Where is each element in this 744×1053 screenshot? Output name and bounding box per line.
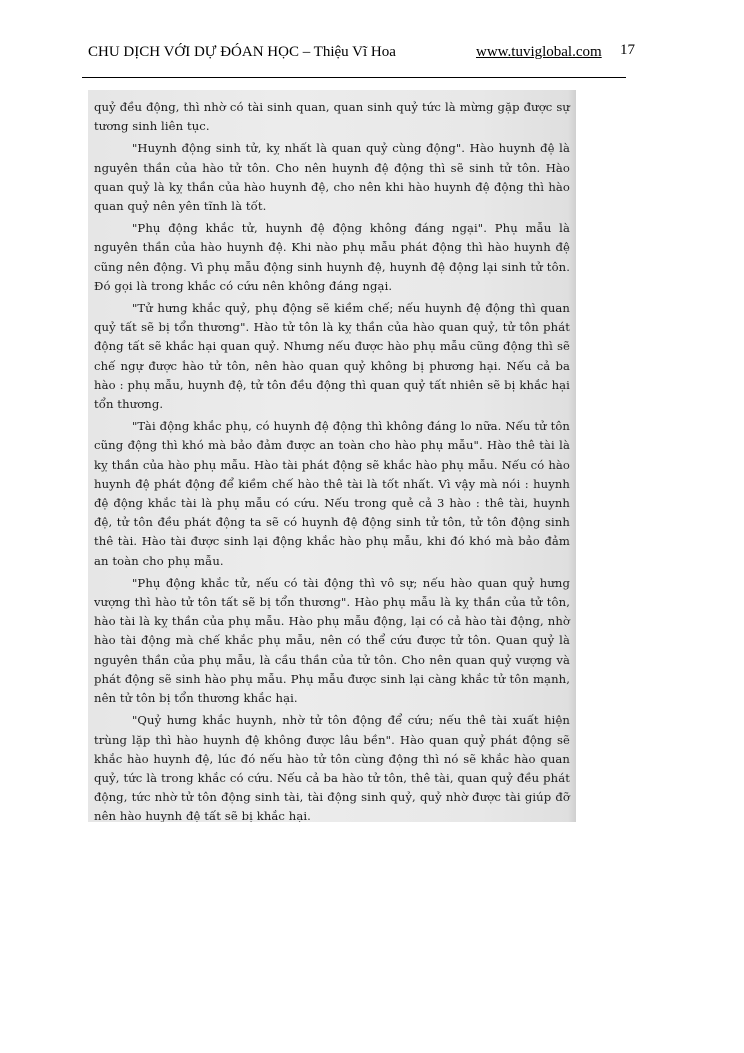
paragraph: "Tài động khắc phụ, có huynh đệ động thì… [94, 417, 570, 571]
paragraph: "Phụ động khắc tử, nếu có tài động thì v… [94, 574, 570, 708]
scanned-text-body: quỷ đều động, thì nhờ có tài sinh quan, … [94, 98, 570, 822]
header-divider [82, 77, 626, 78]
document-title: CHU DỊCH VỚI DỰ ĐÓAN HỌC – Thiệu Vĩ Hoa [88, 44, 396, 61]
website-link[interactable]: www.tuviglobal.com [476, 44, 602, 61]
page-number: 17 [620, 42, 635, 59]
paragraph: "Quỷ hưng khắc huynh, nhờ tử tôn động để… [94, 711, 570, 822]
paragraph: "Huynh động sinh tử, kỵ nhất là quan quỷ… [94, 139, 570, 216]
page-header: CHU DỊCH VỚI DỰ ĐÓAN HỌC – Thiệu Vĩ Hoa … [88, 44, 633, 68]
paragraph: "Tử hưng khắc quỷ, phụ động sẽ kiềm chế;… [94, 299, 570, 414]
paragraph: "Phụ động khắc tử, huynh đệ động không đ… [94, 219, 570, 296]
paragraph-continuation: quỷ đều động, thì nhờ có tài sinh quan, … [94, 98, 570, 136]
scanned-page-image: quỷ đều động, thì nhờ có tài sinh quan, … [88, 90, 576, 822]
